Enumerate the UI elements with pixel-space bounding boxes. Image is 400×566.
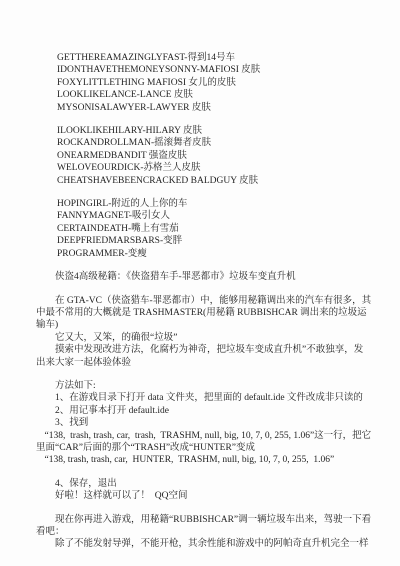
cheat-code-line: FANNYMAGNET-吸引女人 bbox=[57, 210, 372, 222]
cheat-code-line: ONEARMEDBANDIT 强盗皮肤 bbox=[57, 150, 372, 162]
done-line: 好啦！这样就可以了！ QQ空间 bbox=[36, 490, 372, 502]
cheat-list-group-1: GETTHEREAMAZINGLYFAST-得到14号车 IDONTHAVETH… bbox=[36, 52, 372, 114]
step-line-2: 2、用记事本打开 default.ide bbox=[36, 405, 372, 417]
comment-paragraph: 它又大，又笨，的确很“垃圾” bbox=[36, 332, 372, 344]
cheat-code-line: HOPINGIRL-附近的人上你的车 bbox=[57, 198, 372, 210]
cheat-code-line: MYSONISALAWYER-LAWYER 皮肤 bbox=[57, 102, 372, 114]
section-title: 侠盗4高级秘籍：《侠盗猎车手-罪恶都市》垃圾车变直升机 bbox=[36, 271, 372, 283]
cheat-code-line: CHEATSHAVEBEENCRACKED BALDGUY 皮肤 bbox=[57, 175, 372, 187]
cheat-code-line: IDONTHAVETHEMONEYSONNY-MAFIOSI 皮肤 bbox=[57, 64, 372, 76]
cheat-code-line: ILOOKLIKEHILARY-HILARY 皮肤 bbox=[57, 125, 372, 137]
cheat-code-line: GETTHEREAMAZINGLYFAST-得到14号车 bbox=[57, 52, 372, 64]
cheat-code-line: PROGRAMMER-变瘦 bbox=[57, 248, 372, 260]
cheat-code-line: ROCKANDROLLMAN-摇滚舞者皮肤 bbox=[57, 137, 372, 149]
cheat-code-line: LOOKLIKELANCE-LANCE 皮肤 bbox=[57, 89, 372, 101]
cheat-code-line: WELOVEOURDICK-苏格兰人皮肤 bbox=[57, 162, 372, 174]
closing-paragraph-1: 现在你再进入游戏，用秘籍“RUBBISHCAR”调一辆垃圾车出来，驾驶一下看看吧… bbox=[36, 514, 372, 539]
closing-paragraph-2: 除了不能发射导弹，不能开枪，其余性能和游戏中的阿帕奇直升机完全一样 bbox=[36, 538, 372, 550]
cheat-list-group-3: HOPINGIRL-附近的人上你的车 FANNYMAGNET-吸引女人 CERT… bbox=[36, 198, 372, 260]
code-line-original: “138, trash, trash, car, trash, TRASHM, … bbox=[36, 430, 372, 455]
step-line-3: 3、找到 bbox=[36, 417, 372, 429]
document-page: GETTHEREAMAZINGLYFAST-得到14号车 IDONTHAVETH… bbox=[0, 0, 400, 566]
code-line-modified: “138, trash, trash, car, HUNTER, TRASHM,… bbox=[36, 454, 372, 466]
cheat-list-group-2: ILOOKLIKEHILARY-HILARY 皮肤 ROCKANDROLLMAN… bbox=[36, 125, 372, 187]
cheat-code-line: DEEPFRIEDMARSBARS-变胖 bbox=[57, 235, 372, 247]
step-line-1: 1、在游戏目录下打开 data 文件夹，把里面的 default.ide 文件改… bbox=[36, 392, 372, 404]
intro-paragraph: 在 GTA-VC（侠盗猎车-罪恶都市）中，能够用秘籍调出来的汽车有很多，其中最不… bbox=[36, 295, 372, 332]
explore-paragraph: 摸索中发现改进方法，化腐朽为神奇，把垃圾车变成直升机”不敢独享，发出来大家一起体… bbox=[36, 344, 372, 369]
step-line-4: 4、保存，退出 bbox=[36, 478, 372, 490]
method-heading: 方法如下: bbox=[36, 380, 372, 392]
cheat-code-line: CERTAINDEATH-嘴上有雪茄 bbox=[57, 223, 372, 235]
cheat-code-line: FOXYLITTLETHING MAFIOSI 女儿的皮肤 bbox=[57, 77, 372, 89]
